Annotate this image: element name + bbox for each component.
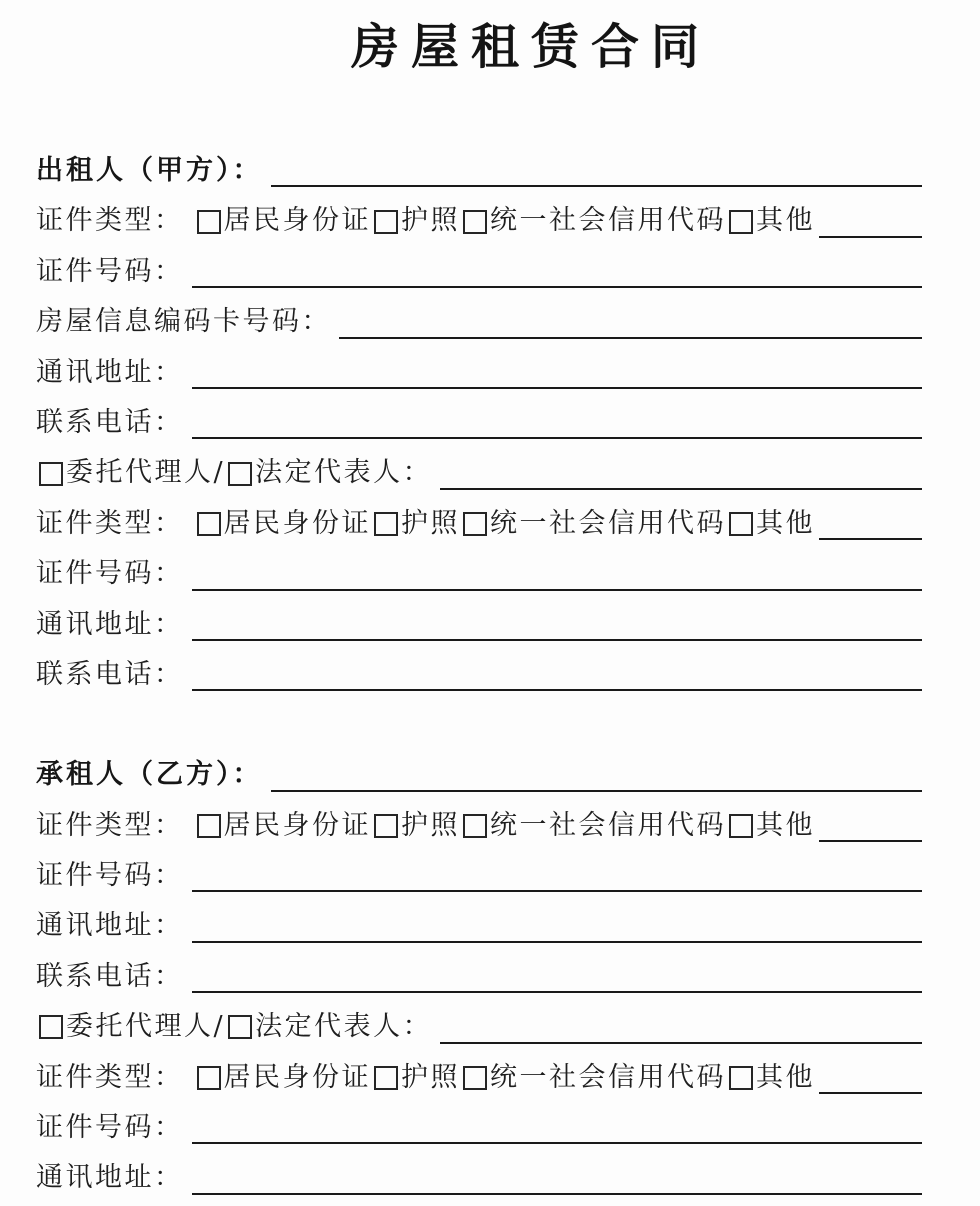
document-title: 房屋租赁合同 [88,14,974,80]
id-card-checkbox[interactable] [197,210,221,234]
phone-row: 联系电话： [36,650,922,700]
address-row: 通讯地址： [36,901,922,951]
phone-fill-line[interactable] [192,689,923,691]
lessee-heading-row: 承租人（乙方）： [36,750,922,800]
phone-fill-line[interactable] [192,991,923,993]
cert-number-fill-line[interactable] [192,286,923,288]
passport-checkbox[interactable] [374,512,398,536]
id-card-option-label: 居民身份证 [224,499,372,549]
lessee-heading: 承租人（乙方）： [36,750,263,800]
cert-number-fill-line[interactable] [192,589,923,591]
phone-fill-line[interactable] [192,437,923,439]
id-card-checkbox[interactable] [197,512,221,536]
house-code-label: 房屋信息编码卡号码： [36,297,331,347]
credit-code-checkbox[interactable] [463,512,487,536]
lessor-section: 出租人（甲方）： 证件类型： 居民身份证 护照 统一社会信用代码 其他 证件号码… [36,146,922,700]
cert-type-row: 证件类型： 居民身份证 护照 统一社会信用代码 其他 [36,801,922,851]
other-option-label: 其他 [756,196,815,246]
other-fill-line[interactable] [819,840,922,842]
agent-slash: / [214,448,226,498]
passport-option-label: 护照 [401,1053,460,1103]
phone-label: 联系电话： [36,650,184,700]
address-fill-line[interactable] [192,639,923,641]
address-label: 通讯地址： [36,1153,184,1203]
lessee-section: 承租人（乙方）： 证件类型： 居民身份证 护照 统一社会信用代码 其他 证件号码… [36,750,922,1204]
agent-row: 委托代理人 / 法定代表人： [36,448,922,498]
cert-type-label: 证件类型： [36,196,184,246]
cert-number-row: 证件号码： [36,247,922,297]
phone-row: 联系电话： [36,952,922,1002]
phone-label: 联系电话： [36,398,184,448]
address-row: 通讯地址： [36,600,922,650]
cert-type-row: 证件类型： 居民身份证 护照 统一社会信用代码 其他 [36,499,922,549]
agent-row: 委托代理人 / 法定代表人： [36,1002,922,1052]
address-label: 通讯地址： [36,348,184,398]
house-code-row: 房屋信息编码卡号码： [36,297,922,347]
passport-option-label: 护照 [401,499,460,549]
lessee-name-fill-line[interactable] [271,790,923,792]
credit-code-option-label: 统一社会信用代码 [490,196,726,246]
cert-number-row: 证件号码： [36,549,922,599]
phone-label: 联系电话： [36,952,184,1002]
cert-number-label: 证件号码： [36,851,184,901]
cert-type-label: 证件类型： [36,801,184,851]
address-fill-line[interactable] [192,941,923,943]
passport-option-label: 护照 [401,801,460,851]
cert-type-label: 证件类型： [36,499,184,549]
cert-type-row: 证件类型： 居民身份证 护照 统一社会信用代码 其他 [36,196,922,246]
cert-type-row: 证件类型： 居民身份证 护照 统一社会信用代码 其他 [36,1053,922,1103]
credit-code-checkbox[interactable] [463,814,487,838]
cert-number-label: 证件号码： [36,549,184,599]
legal-rep-checkbox[interactable] [228,462,252,486]
id-card-option-label: 居民身份证 [224,196,372,246]
other-option-label: 其他 [756,801,815,851]
cert-type-label: 证件类型： [36,1053,184,1103]
passport-checkbox[interactable] [374,1066,398,1090]
agent-checkbox[interactable] [39,1015,63,1039]
id-card-checkbox[interactable] [197,814,221,838]
house-code-fill-line[interactable] [339,337,922,339]
id-card-checkbox[interactable] [197,1066,221,1090]
id-card-option-label: 居民身份证 [224,1053,372,1103]
other-option-label: 其他 [756,499,815,549]
lessor-heading-row: 出租人（甲方）： [36,146,922,196]
other-checkbox[interactable] [729,1066,753,1090]
cert-number-label: 证件号码： [36,1103,184,1153]
cert-number-row: 证件号码： [36,851,922,901]
other-checkbox[interactable] [729,814,753,838]
agent-label: 委托代理人 [66,448,214,498]
legal-rep-label: 法定代表人： [255,448,432,498]
address-row: 通讯地址： [36,1153,922,1203]
credit-code-option-label: 统一社会信用代码 [490,1053,726,1103]
cert-number-fill-line[interactable] [192,1142,923,1144]
lessor-heading: 出租人（甲方）： [36,146,263,196]
id-card-option-label: 居民身份证 [224,801,372,851]
cert-number-row: 证件号码： [36,1103,922,1153]
agent-checkbox[interactable] [39,462,63,486]
other-fill-line[interactable] [819,1092,922,1094]
cert-number-fill-line[interactable] [192,890,923,892]
lessor-name-fill-line[interactable] [271,185,923,187]
address-label: 通讯地址： [36,600,184,650]
credit-code-checkbox[interactable] [463,1066,487,1090]
phone-row: 联系电话： [36,398,922,448]
address-fill-line[interactable] [192,387,923,389]
agent-slash: / [214,1002,226,1052]
agent-name-fill-line[interactable] [440,1042,922,1044]
other-checkbox[interactable] [729,512,753,536]
credit-code-option-label: 统一社会信用代码 [490,801,726,851]
agent-name-fill-line[interactable] [440,488,922,490]
passport-option-label: 护照 [401,196,460,246]
credit-code-option-label: 统一社会信用代码 [490,499,726,549]
contract-page: 房屋租赁合同 出租人（甲方）： 证件类型： 居民身份证 护照 统一社会信用代码 … [0,0,980,1206]
other-checkbox[interactable] [729,210,753,234]
other-fill-line[interactable] [819,538,922,540]
address-label: 通讯地址： [36,901,184,951]
cert-number-label: 证件号码： [36,247,184,297]
legal-rep-label: 法定代表人： [255,1002,432,1052]
address-fill-line[interactable] [192,1193,923,1195]
agent-label: 委托代理人 [66,1002,214,1052]
legal-rep-checkbox[interactable] [228,1015,252,1039]
other-fill-line[interactable] [819,236,922,238]
address-row: 通讯地址： [36,348,922,398]
other-option-label: 其他 [756,1053,815,1103]
passport-checkbox[interactable] [374,210,398,234]
credit-code-checkbox[interactable] [463,210,487,234]
passport-checkbox[interactable] [374,814,398,838]
